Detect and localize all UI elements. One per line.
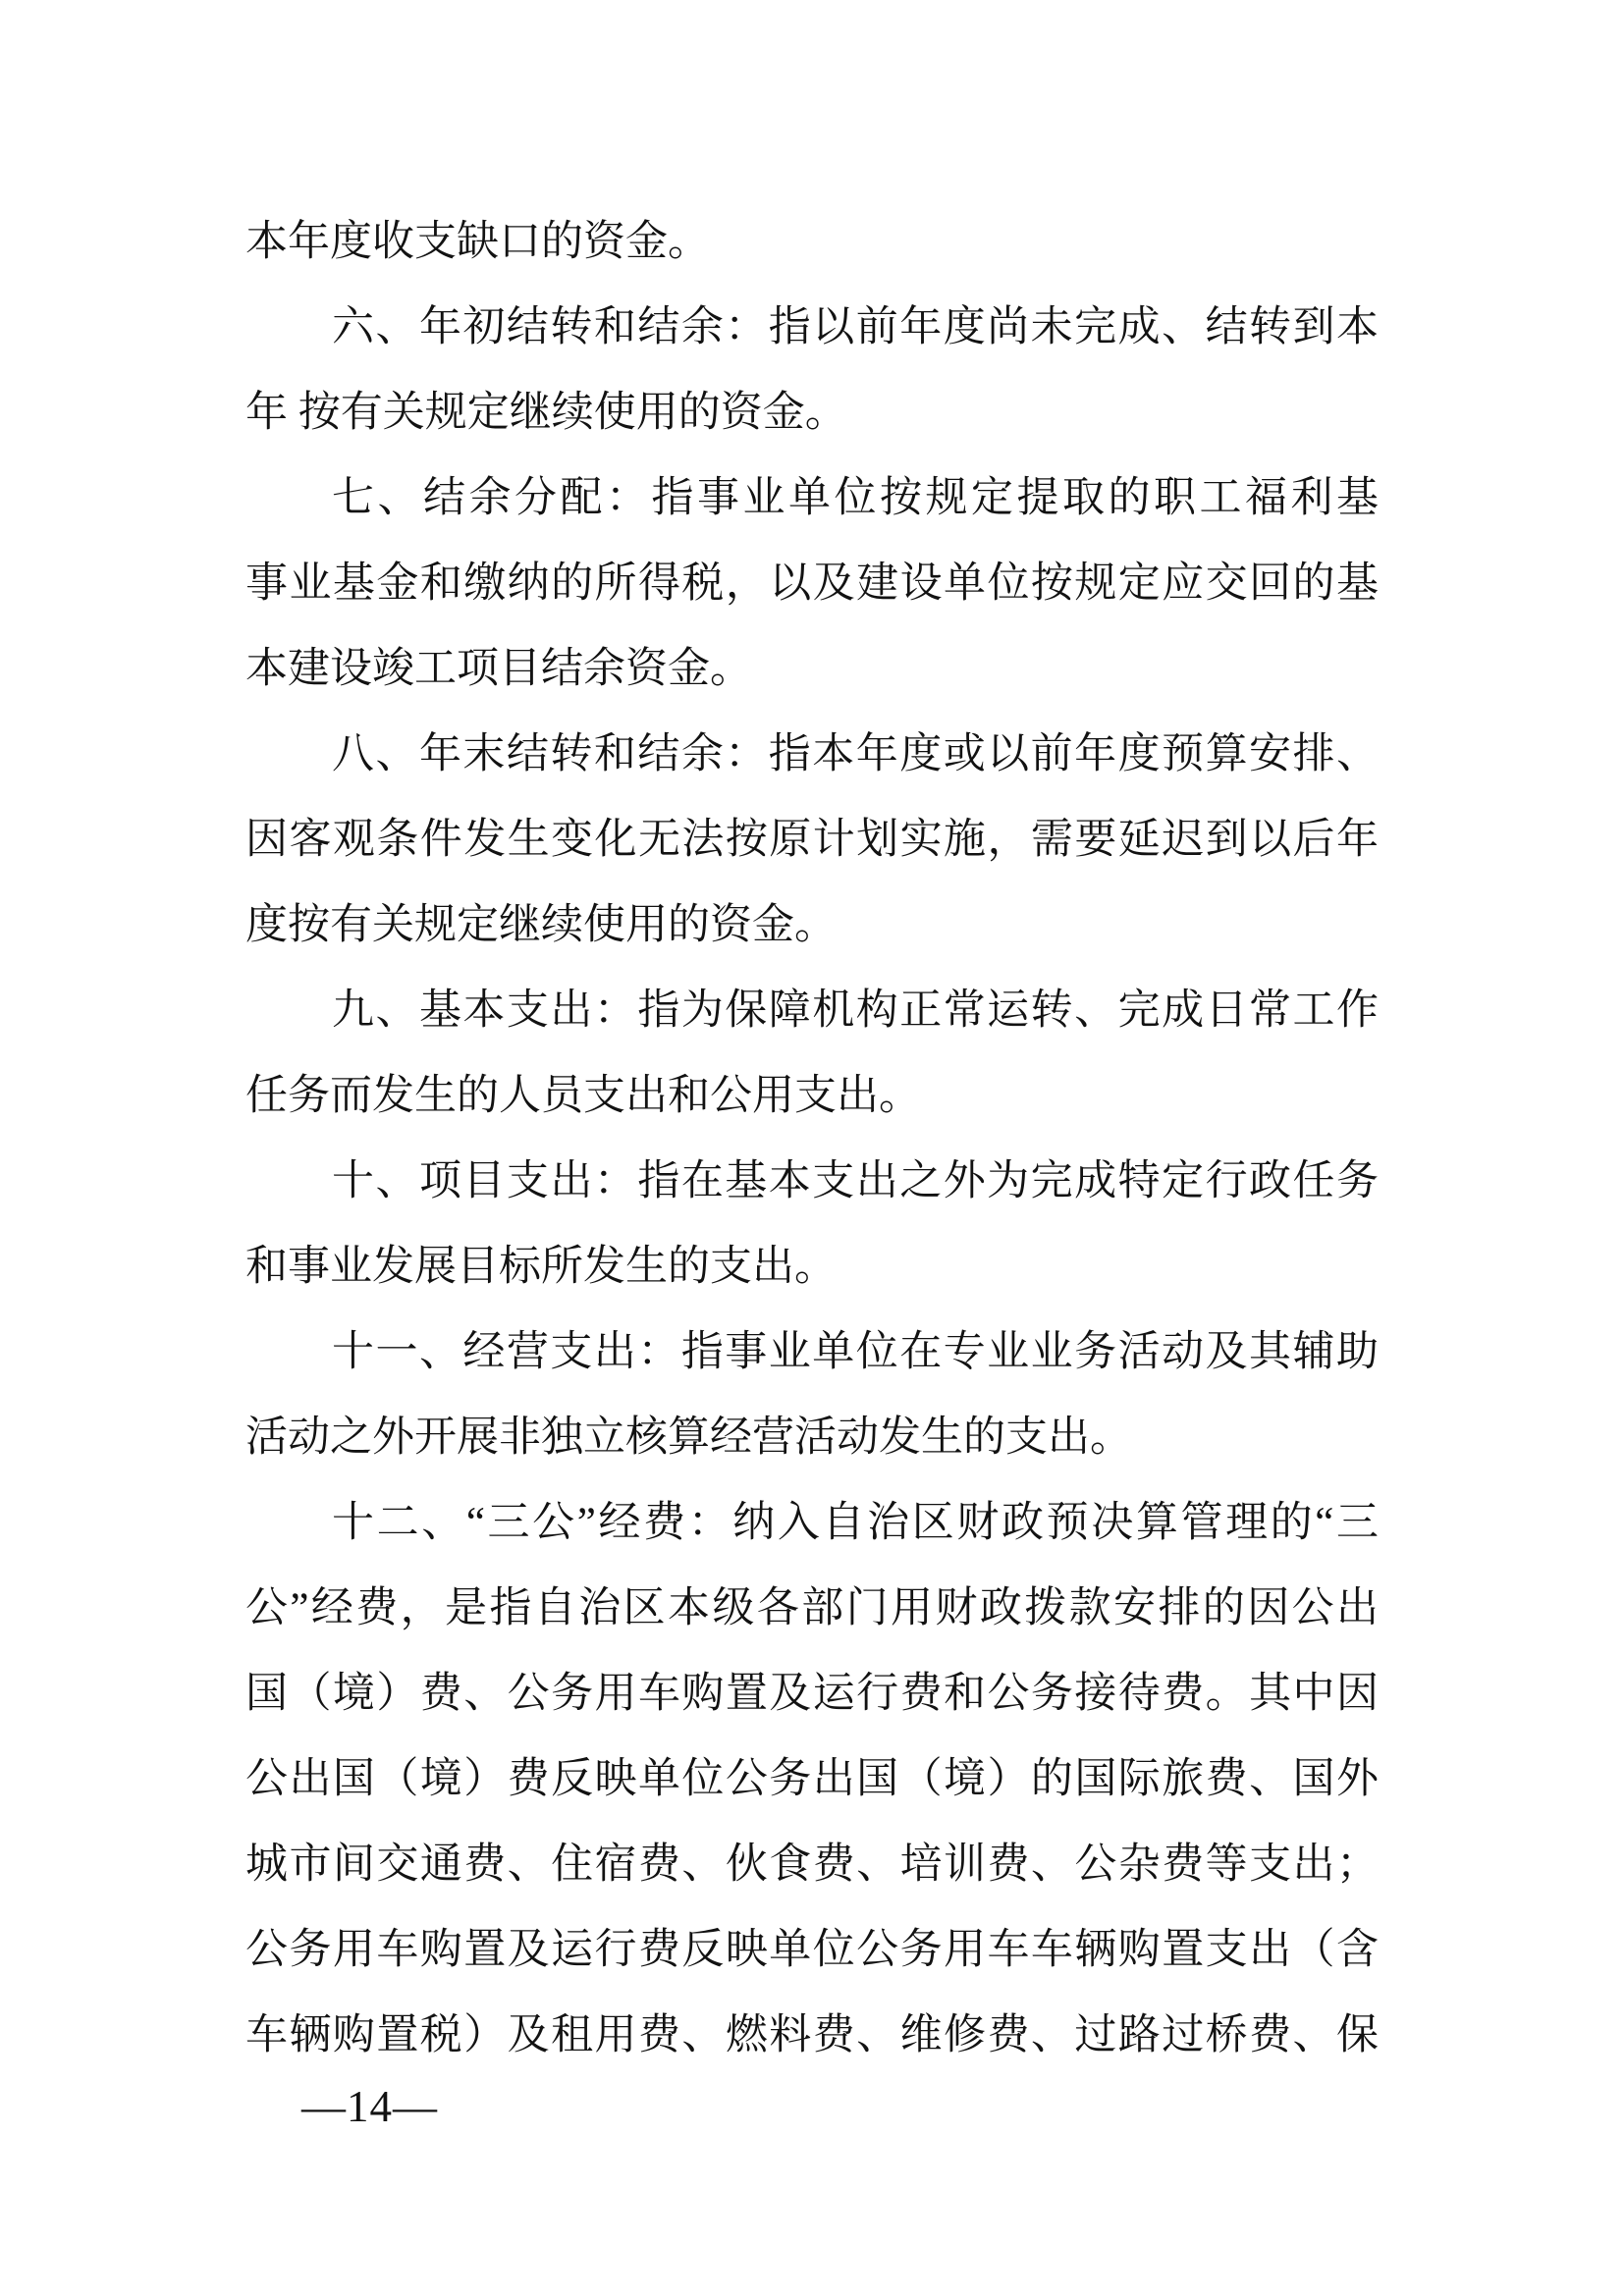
text-line: 八、年末结转和结余：指本年度或以前年度预算安排、 [245, 712, 1379, 797]
text-line: 公务用车购置及运行费反映单位公务用车车辆购置支出（含 [245, 1907, 1379, 1993]
text-line: 十二、“三公”经费：纳入自治区财政预决算管理的“三 [245, 1480, 1379, 1566]
text-line: 国（境）费、公务用车购置及运行费和公务接待费。其中因 [245, 1651, 1379, 1736]
text-line: 度按有关规定继续使用的资金。 [245, 882, 1379, 968]
text-line: 公出国（境）费反映单位公务出国（境）的国际旅费、国外 [245, 1736, 1379, 1822]
text-line: 任务而发生的人员支出和公用支出。 [245, 1053, 1379, 1139]
text-line: 十、项目支出：指在基本支出之外为完成特定行政任务 [245, 1139, 1379, 1224]
text-line: 九、基本支出：指为保障机构正常运转、完成日常工作 [245, 968, 1379, 1053]
text-line: 活动之外开展非独立核算经营活动发生的支出。 [245, 1395, 1379, 1480]
text-line: 十一、经营支出：指事业单位在专业业务活动及其辅助 [245, 1309, 1379, 1395]
text-line: 事业基金和缴纳的所得税，以及建设单位按规定应交回的基 [245, 541, 1379, 626]
text-line: 因客观条件发生变化无法按原计划实施，需要延迟到以后年 [245, 797, 1379, 882]
text-line: 城市间交通费、住宿费、伙食费、培训费、公杂费等支出； [245, 1822, 1379, 1907]
text-line: 六、年初结转和结余：指以前年度尚未完成、结转到本 [245, 285, 1379, 370]
text-line: 七、结余分配：指事业单位按规定提取的职工福利基金、 [245, 455, 1379, 541]
text-line: 车辆购置税）及租用费、燃料费、维修费、过路过桥费、保 [245, 1993, 1379, 2078]
text-line: 和事业发展目标所发生的支出。 [245, 1224, 1379, 1309]
page-number: —14— [301, 2081, 438, 2132]
text-line: 本年度收支缺口的资金。 [245, 199, 1379, 285]
document-body: 本年度收支缺口的资金。六、年初结转和结余：指以前年度尚未完成、结转到本年 按有关… [245, 199, 1379, 2078]
text-line: 公”经费，是指自治区本级各部门用财政拨款安排的因公出 [245, 1566, 1379, 1651]
text-line: 年 按有关规定继续使用的资金。 [245, 370, 1379, 455]
document-page: 本年度收支缺口的资金。六、年初结转和结余：指以前年度尚未完成、结转到本年 按有关… [0, 0, 1624, 2296]
text-line: 本建设竣工项目结余资金。 [245, 626, 1379, 712]
